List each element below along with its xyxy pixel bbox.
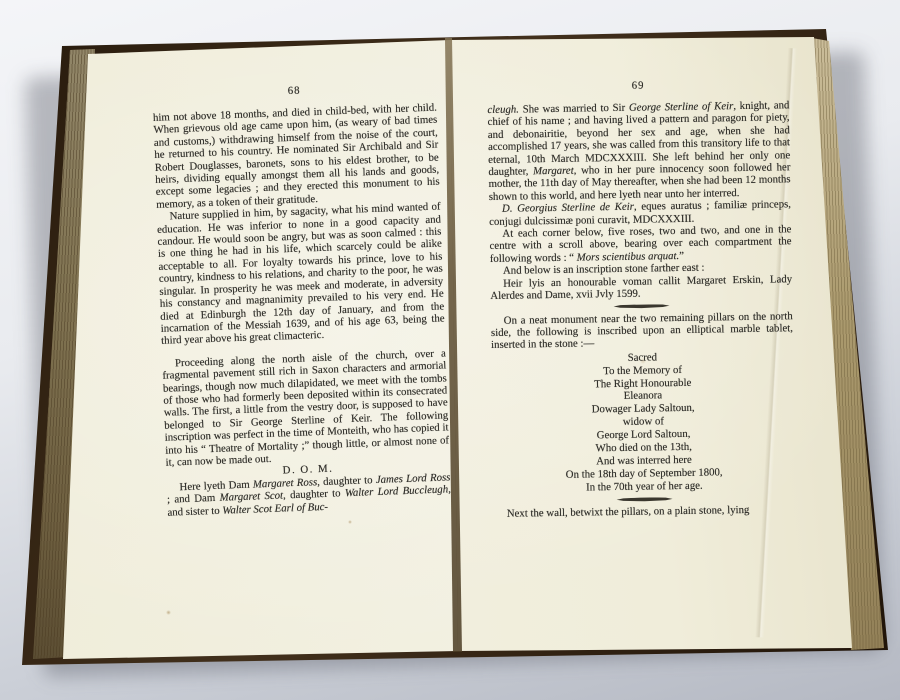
text-segment: Proceeding along the north aisle of the … bbox=[162, 347, 449, 469]
section-divider-rule bbox=[617, 497, 673, 502]
paragraph: Nature supplied in him, by sagacity, wha… bbox=[156, 201, 445, 348]
left-page-body: him not above 18 months, and died in chi… bbox=[153, 102, 452, 519]
text-segment: Heir lyis an honourable voman callit Mar… bbox=[490, 273, 792, 302]
text-segment: Nature supplied in him, by sagacity, wha… bbox=[157, 201, 445, 347]
paragraph: At each corner below, five roses, two an… bbox=[489, 223, 792, 265]
right-page-text: 69 cleugh. She was married to Sir George… bbox=[487, 77, 796, 520]
right-page-body: cleugh. She was married to Sir George St… bbox=[487, 99, 795, 520]
italic-text-segment: Walter Lord Buccleugh bbox=[345, 484, 449, 500]
paragraph: him not above 18 months, and died in chi… bbox=[153, 102, 440, 212]
section-divider-rule bbox=[614, 304, 670, 309]
paragraph: Proceeding along the north aisle of the … bbox=[162, 347, 450, 469]
foxing-spot bbox=[166, 610, 171, 615]
italic-text-segment: George Sterline of Keir bbox=[629, 100, 734, 114]
left-page-text: 68 him not above 18 months, and died in … bbox=[152, 80, 452, 519]
italic-text-segment: Mors scientibus arquat. bbox=[577, 250, 680, 264]
paragraph: Heir lyis an honourable voman callit Mar… bbox=[490, 273, 792, 303]
book-photo: 68 him not above 18 months, and died in … bbox=[0, 0, 900, 700]
foxing-spot bbox=[348, 520, 352, 524]
monument-inscription: SacredTo the Memory ofThe Right Honourab… bbox=[491, 349, 795, 496]
text-segment: On a neat monument near the two remainin… bbox=[491, 310, 793, 352]
paragraph: On a neat monument near the two remainin… bbox=[491, 310, 794, 352]
italic-text-segment: Margaret bbox=[533, 165, 574, 178]
italic-text-segment: cleugh. bbox=[487, 104, 519, 116]
paragraph: cleugh. She was married to Sir George St… bbox=[487, 99, 791, 203]
text-segment: him not above 18 months, and died in chi… bbox=[153, 102, 440, 211]
text-segment: , daughter to bbox=[283, 487, 345, 501]
text-segment: ” bbox=[679, 250, 684, 262]
